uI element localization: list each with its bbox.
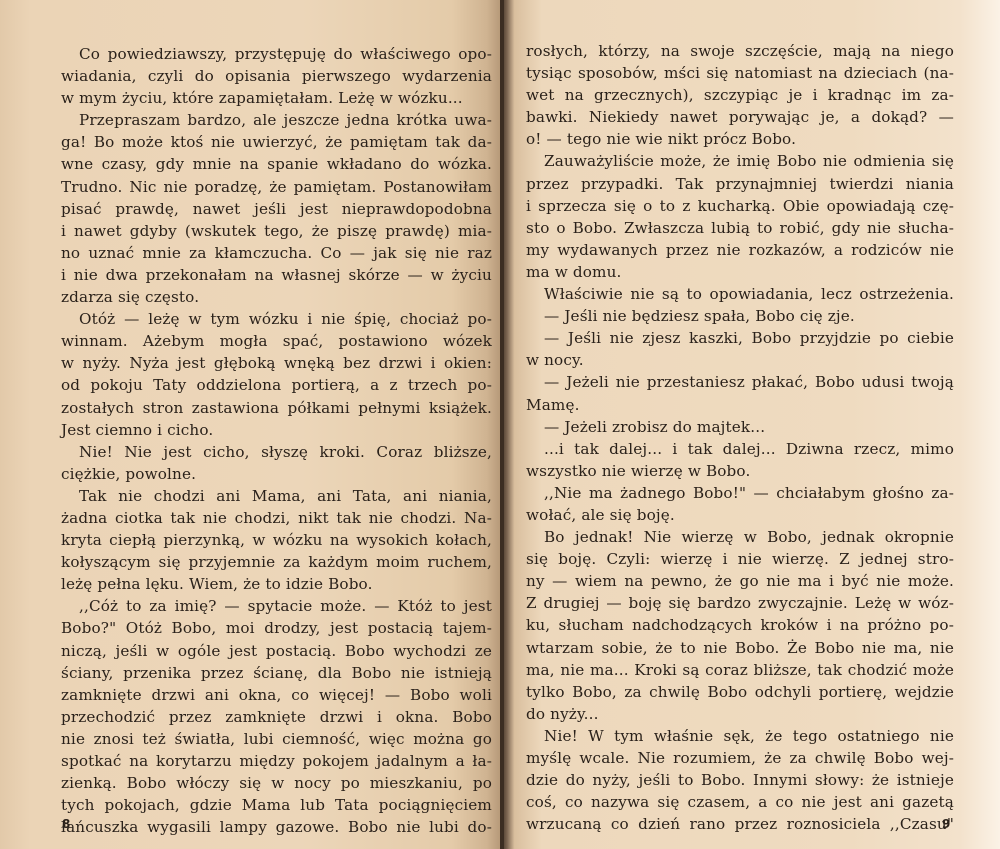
text-line: w nocy.: [526, 349, 954, 371]
text-line: Z drugiej — boję się bardzo zwyczajnie. …: [526, 592, 954, 614]
text-line: — Jeżeli zrobisz do majtek...: [526, 416, 954, 438]
text-line: Nie! Nie jest cicho, słyszę kroki. Coraz…: [61, 441, 492, 463]
text-line: Zauważyliście może, że imię Bobo nie odm…: [526, 150, 954, 172]
text-line: ga! Bo może ktoś nie uwierzyć, że pamięt…: [61, 131, 492, 153]
text-line: Otóż — leżę w tym wózku i nie śpię, choc…: [61, 308, 492, 330]
text-line: w mym życiu, które zapamiętałam. Leżę w …: [61, 87, 492, 109]
text-line: i nie dwa przekonałam na własnej skórze …: [61, 264, 492, 286]
text-line: niczą, jeśli w ogóle jest postacią. Bobo…: [61, 640, 492, 662]
text-line: wne czasy, gdy mnie na spanie wkładano d…: [61, 153, 492, 175]
text-line: leżę pełna lęku. Wiem, że to idzie Bobo.: [61, 573, 492, 595]
text-line: Bobo?" Otóż Bobo, moi drodzy, jest posta…: [61, 617, 492, 639]
text-line: tysiąc sposobów, mści się natomiast na d…: [526, 62, 954, 84]
text-line: — Jeśli nie będziesz spała, Bobo cię zje…: [526, 305, 954, 327]
text-line: o! — tego nie wie nikt prócz Bobo.: [526, 128, 954, 150]
text-line: przechodzić przez zamknięte drzwi i okna…: [61, 706, 492, 728]
text-line: zamknięte drzwi ani okna, co więcej! — B…: [61, 684, 492, 706]
text-line: Trudno. Nic nie poradzę, że pamiętam. Po…: [61, 176, 492, 198]
text-line: Nie! W tym właśnie sęk, że tego ostatnie…: [526, 725, 954, 747]
text-line: wołać, ale się boję.: [526, 504, 954, 526]
text-line: ny — wiem na pewno, że go nie ma i być n…: [526, 570, 954, 592]
text-line: się boję. Czyli: wierzę i nie wierzę. Z …: [526, 548, 954, 570]
right-page-text: rosłych, którzy, na swoje szczęście, maj…: [526, 40, 954, 835]
text-line: tych pokojach, gdzie Mama lub Tata pocią…: [61, 794, 492, 816]
text-line: wiadania, czyli do opisania pierwszego w…: [61, 65, 492, 87]
text-line: rosłych, którzy, na swoje szczęście, maj…: [526, 40, 954, 62]
text-line: Bo jednak! Nie wierzę w Bobo, jednak okr…: [526, 526, 954, 548]
text-line: i nawet gdyby (wskutek tego, że piszę pr…: [61, 220, 492, 242]
text-line: coś, co nazywa się czasem, a co nie jest…: [526, 791, 954, 813]
text-line: ...i tak dalej... i tak dalej... Dziwna …: [526, 438, 954, 460]
text-line: łańcuszka wygasili lampy gazowe. Bobo ni…: [61, 816, 492, 838]
book-spine: [500, 0, 504, 849]
text-line: sto o Bobo. Zwłaszcza lubią to robić, gd…: [526, 217, 954, 239]
text-line: ku, słucham nadchodzących kroków i na pr…: [526, 614, 954, 636]
text-line: Jest ciemno i cicho.: [61, 419, 492, 441]
text-line: żadna ciotka tak nie chodzi, nikt tak ni…: [61, 507, 492, 529]
text-line: wtarzam sobie, że to nie Bobo. Że Bobo n…: [526, 637, 954, 659]
text-line: wrzucaną co dzień rano przez roznosiciel…: [526, 813, 954, 835]
text-line: dzie do nyży, jeśli to Bobo. Innymi słow…: [526, 769, 954, 791]
text-line: myślę wcale. Nie rozumiem, że za chwilę …: [526, 747, 954, 769]
text-line: zdarza się często.: [61, 286, 492, 308]
page-number-left: 8: [62, 817, 70, 831]
text-line: no uznać mnie za kłamczucha. Co — jak si…: [61, 242, 492, 264]
text-line: Co powiedziawszy, przystępuję do właściw…: [61, 43, 492, 65]
text-line: przez przypadki. Tak przynajmniej twierd…: [526, 173, 954, 195]
text-line: do nyży...: [526, 703, 954, 725]
left-page-text: Co powiedziawszy, przystępuję do właściw…: [61, 43, 492, 838]
text-line: wszystko nie wierzę w Bobo.: [526, 460, 954, 482]
text-line: — Jeśli nie zjesz kaszki, Bobo przyjdzie…: [526, 327, 954, 349]
text-line: kołyszącym się przyjemnie za każdym moim…: [61, 551, 492, 573]
text-line: nie znosi też światła, lubi ciemność, wi…: [61, 728, 492, 750]
text-line: — Jeżeli nie przestaniesz płakać, Bobo u…: [526, 371, 954, 393]
text-line: bawki. Niekiedy nawet porywając je, a do…: [526, 106, 954, 128]
text-line: Mamę.: [526, 394, 954, 416]
text-line: w nyży. Nyża jest głęboką wnęką bez drzw…: [61, 352, 492, 374]
text-line: zostałych stron zastawiona półkami pełny…: [61, 397, 492, 419]
right-page: rosłych, którzy, na swoje szczęście, maj…: [502, 0, 1000, 849]
text-line: Tak nie chodzi ani Mama, ani Tata, ani n…: [61, 485, 492, 507]
text-line: ,,Nie ma żadnego Bobo!" — chciałabym gło…: [526, 482, 954, 504]
page-number-right: 9: [942, 817, 950, 831]
text-line: winnam. Ażebym mogła spać, postawiono wó…: [61, 330, 492, 352]
text-line: tylko Bobo, za chwilę Bobo odchyli porti…: [526, 681, 954, 703]
text-line: ciężkie, powolne.: [61, 463, 492, 485]
text-line: ściany, przenika przez ścianę, dla Bobo …: [61, 662, 492, 684]
text-line: ,,Cóż to za imię? — spytacie może. — Któ…: [61, 595, 492, 617]
left-page: Co powiedziawszy, przystępuję do właściw…: [0, 0, 502, 849]
text-line: ma, nie ma... Kroki są coraz bliższe, ta…: [526, 659, 954, 681]
text-line: i sprzecza się o to z kucharką. Obie opo…: [526, 195, 954, 217]
text-line: spotkać na korytarzu między pokojem jada…: [61, 750, 492, 772]
text-line: kryta ciepłą pierzynką, w wózku na wysok…: [61, 529, 492, 551]
text-line: my wydawanych przez nie rozkazów, a rodz…: [526, 239, 954, 261]
text-line: Przepraszam bardzo, ale jeszcze jedna kr…: [61, 109, 492, 131]
text-line: od pokoju Taty oddzielona portierą, a z …: [61, 374, 492, 396]
text-line: zienką. Bobo włóczy się w nocy po mieszk…: [61, 772, 492, 794]
text-line: ma w domu.: [526, 261, 954, 283]
text-line: Właściwie nie są to opowiadania, lecz os…: [526, 283, 954, 305]
text-line: pisać prawdę, nawet jeśli jest nieprawdo…: [61, 198, 492, 220]
text-line: wet na grzecznych), szczypiąc je i kradn…: [526, 84, 954, 106]
